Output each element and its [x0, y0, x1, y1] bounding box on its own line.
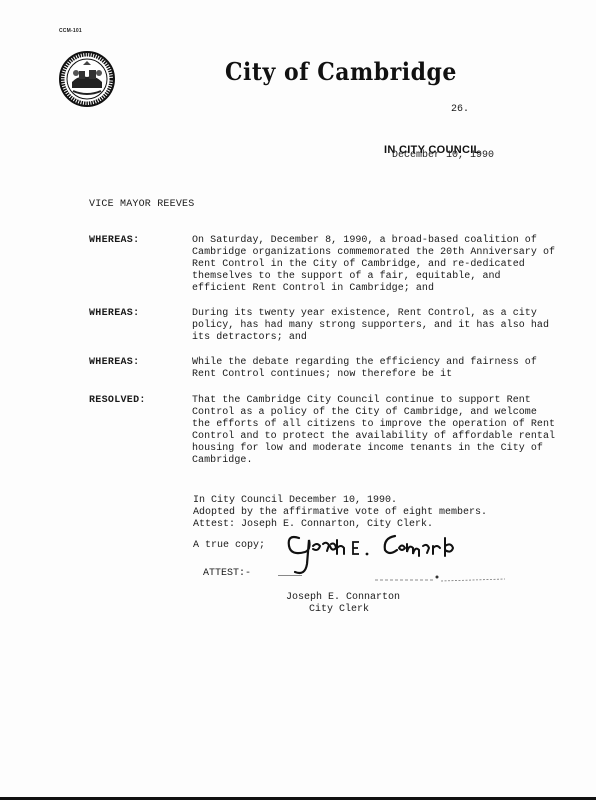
- signature-underline: [375, 574, 505, 584]
- sponsor: VICE MAYOR REEVES: [89, 199, 194, 210]
- form-code: CCM-101: [59, 28, 82, 34]
- clause-label: WHEREAS:: [89, 235, 139, 246]
- clause-text: On Saturday, December 8, 1990, a broad-b…: [192, 235, 555, 295]
- attest-label: ATTEST:-: [203, 568, 251, 579]
- clause-text: While the debate regarding the efficienc…: [192, 357, 537, 381]
- true-copy-label: A true copy;: [193, 540, 265, 551]
- city-seal-icon: [59, 51, 115, 107]
- document-page: CCM-101 City of Cambridge 26. IN CITY CO…: [0, 0, 596, 797]
- adoption-statement: In City Council December 10, 1990. Adopt…: [193, 495, 487, 531]
- clause-text: That the Cambridge City Council continue…: [192, 395, 555, 467]
- clause-label: RESOLVED:: [89, 395, 146, 406]
- clerk-name: Joseph E. Connarton: [286, 592, 400, 604]
- clerk-title: City Clerk: [309, 604, 369, 615]
- clause-label: WHEREAS:: [89, 308, 139, 319]
- clause-label: WHEREAS:: [89, 357, 139, 368]
- clause-text: During its twenty year existence, Rent C…: [192, 308, 549, 344]
- council-date: December 10, 1990: [392, 150, 494, 161]
- signature-line: [278, 575, 302, 576]
- page-number: 26.: [451, 104, 469, 115]
- handwritten-signature-icon: [285, 530, 485, 580]
- letterhead-title: City of Cambridge: [225, 58, 457, 87]
